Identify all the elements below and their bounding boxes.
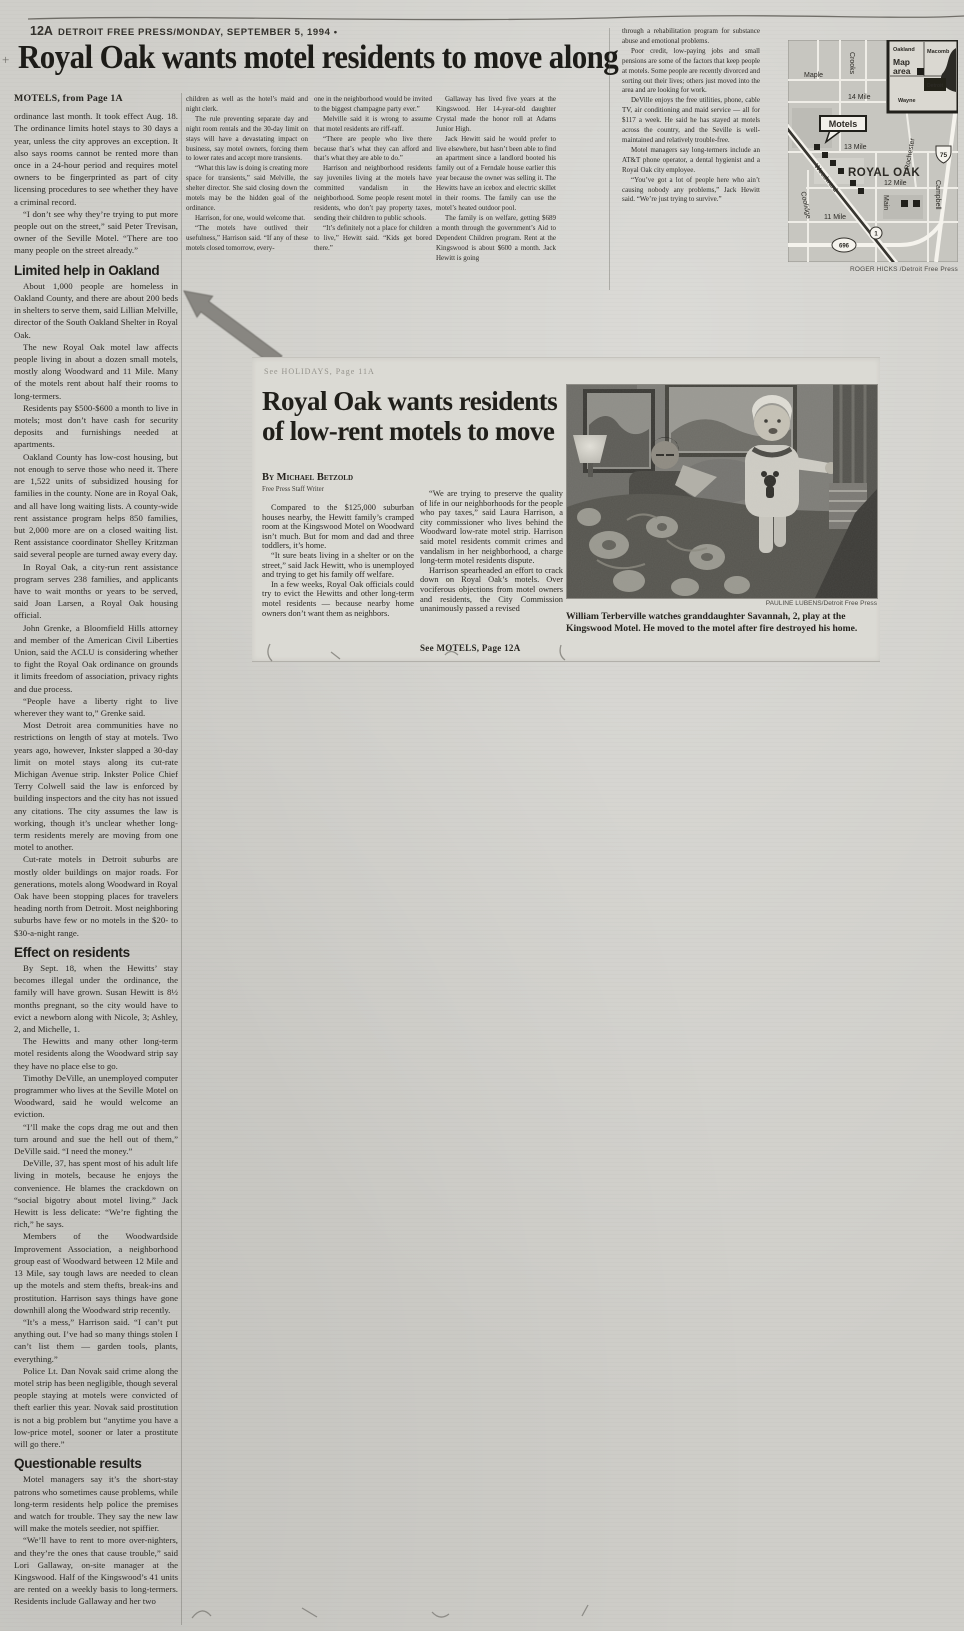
article-paragraph: The Hewitts and many other long-term mot… bbox=[14, 1035, 178, 1072]
masthead-date: DETROIT FREE PRESS/MONDAY, SEPTEMBER 5, … bbox=[58, 27, 338, 38]
article-paragraph: Most Detroit area communities have no re… bbox=[14, 719, 178, 853]
mile11-label: 11 Mile bbox=[824, 214, 846, 221]
motels-callout-label: Motels bbox=[829, 119, 858, 129]
article-paragraph: Motel managers say long-termers include … bbox=[622, 146, 760, 176]
mile14-label: 14 Mile bbox=[848, 94, 871, 101]
article-paragraph: “You’ve got a lot of people here who ain… bbox=[622, 176, 760, 206]
article1-column-1: MOTELS, from Page 1Aordinance last month… bbox=[14, 93, 178, 1627]
article1-column-4: Gallaway has lived five years at the Kin… bbox=[436, 95, 556, 329]
masthead: 12ADETROIT FREE PRESS/MONDAY, SEPTEMBER … bbox=[30, 24, 338, 38]
registration-mark: + bbox=[2, 52, 9, 68]
article-paragraph: By Sept. 18, when the Hewitts’ stay beco… bbox=[14, 962, 178, 1035]
campbell-label: Campbell bbox=[934, 180, 941, 210]
article-paragraph: In a few weeks, Royal Oak officials coul… bbox=[262, 580, 414, 618]
article2-headline-line2: of low-rent motels to move bbox=[262, 416, 554, 446]
article-paragraph: “I don’t see why they’re trying to put m… bbox=[14, 208, 178, 257]
article-paragraph: Timothy DeVille, an unemployed computer … bbox=[14, 1072, 178, 1121]
article-paragraph: DeVille, 37, has spent most of his adult… bbox=[14, 1157, 178, 1230]
article1-column-3: one in the neighborhood would be invited… bbox=[314, 95, 432, 313]
article-paragraph: through a rehabilitation program for sub… bbox=[622, 27, 760, 47]
article-paragraph: “People have a liberty right to live whe… bbox=[14, 695, 178, 719]
crooks-label: Crooks bbox=[848, 52, 855, 75]
svg-text:75: 75 bbox=[940, 152, 948, 159]
article2-column-2: “We are trying to preserve the quality o… bbox=[420, 489, 563, 637]
article-paragraph: Harrison, for one, would welcome that. bbox=[186, 214, 308, 224]
article-paragraph: “It sure beats living in a shelter or on… bbox=[262, 551, 414, 580]
article-paragraph: “We’ll have to rent to more over-nighter… bbox=[14, 1534, 178, 1607]
article-paragraph: DeVille enjoys the free utilities, phone… bbox=[622, 96, 760, 146]
article-paragraph: Members of the Woodwardside Improvement … bbox=[14, 1230, 178, 1315]
inset-county-wayne: Wayne bbox=[898, 98, 916, 104]
map-credit: ROGER HICKS /Detroit Free Press bbox=[788, 266, 958, 273]
mile12-label: 12 Mile bbox=[884, 180, 907, 187]
article-paragraph: “We are trying to preserve the quality o… bbox=[420, 489, 563, 566]
photo-credit: PAULINE LUBENS/Detroit Free Press bbox=[567, 600, 877, 607]
highway-shield-696: 696 bbox=[832, 238, 856, 252]
article-paragraph: “It’s definitely not a place for childre… bbox=[314, 224, 432, 254]
article-paragraph: In Royal Oak, a city-run rent assistance… bbox=[14, 561, 178, 622]
photo-illustration bbox=[567, 385, 877, 598]
article2-headline-line1: Royal Oak wants residents bbox=[262, 386, 557, 416]
article2-column-1: Compared to the $125,000 suburban houses… bbox=[262, 503, 414, 655]
article-paragraph: Gallaway has lived five years at the Kin… bbox=[436, 95, 556, 135]
article-paragraph: “There are people who live there because… bbox=[314, 135, 432, 165]
jump-arrow bbox=[178, 283, 283, 368]
inset-title-line2: area bbox=[893, 66, 911, 76]
article-paragraph: “What this law is doing is creating more… bbox=[186, 164, 308, 214]
article-paragraph: Police Lt. Dan Novak said crime along th… bbox=[14, 1365, 178, 1450]
edition-label: 12A bbox=[30, 24, 53, 38]
article-paragraph: children as well as the hotel’s maid and… bbox=[186, 95, 308, 115]
article1-column-2: children as well as the hotel’s maid and… bbox=[186, 95, 308, 307]
article-paragraph: Harrison spearheaded an effort to crack … bbox=[420, 566, 563, 614]
inset-county-oakland: Oakland bbox=[893, 47, 915, 53]
article-paragraph: “The motels have outlived their usefulne… bbox=[186, 224, 308, 254]
article2-jumpline: See MOTELS, Page 12A bbox=[420, 643, 521, 653]
article1-headline: Royal Oak wants motel residents to move … bbox=[18, 38, 698, 77]
section-subhead: Questionable results bbox=[14, 1458, 178, 1470]
article-paragraph: Harrison and neighborhood residents say … bbox=[314, 164, 432, 223]
article-paragraph: Compared to the $125,000 suburban houses… bbox=[262, 503, 414, 551]
article-paragraph: Jack Hewitt said he would prefer to live… bbox=[436, 135, 556, 214]
article-paragraph: The new Royal Oak motel law affects peop… bbox=[14, 341, 178, 402]
pencil-marks-bottom bbox=[170, 1596, 600, 1628]
article-paragraph: The rule preventing separate day and nig… bbox=[186, 115, 308, 165]
inset-city-detroit: Detroit bbox=[927, 83, 943, 89]
maple-label: Maple bbox=[804, 72, 823, 79]
article2-headline: Royal Oak wants residents of low-rent mo… bbox=[262, 386, 574, 446]
article-paragraph: About 1,000 people are homeless in Oakla… bbox=[14, 280, 178, 341]
article-paragraph: Residents pay $500-$600 a month to live … bbox=[14, 402, 178, 451]
article-paragraph: John Grenke, a Bloomfield Hills attorney… bbox=[14, 622, 178, 695]
map-inset: Oakland Macomb Map area Detroit Wayne bbox=[888, 40, 958, 112]
article2-byline-name: By Michael Betzold bbox=[262, 472, 353, 483]
article-paragraph: one in the neighborhood would be invited… bbox=[314, 95, 432, 115]
main-label: Main bbox=[882, 195, 889, 210]
article-paragraph: “I’ll make the cops drag me out and then… bbox=[14, 1121, 178, 1158]
section-subhead: Effect on residents bbox=[14, 947, 178, 959]
article-paragraph: “It’s a mess,” Harrison said. “I can’t p… bbox=[14, 1316, 178, 1365]
article-paragraph: Cut-rate motels in Detroit suburbs are m… bbox=[14, 853, 178, 938]
svg-text:696: 696 bbox=[839, 244, 850, 250]
article-paragraph: Motel managers say it’s the short-stay p… bbox=[14, 1473, 178, 1534]
article-paragraph: The family is on welfare, getting $689 a… bbox=[436, 214, 556, 264]
article-paragraph: Poor credit, low-paying jobs and small p… bbox=[622, 47, 760, 97]
locator-map: Motels ROYAL OAK Maple Crooks 14 Mile 13… bbox=[788, 40, 958, 262]
column-rule-2 bbox=[609, 28, 610, 290]
article-paragraph: Melville said it is wrong to assume that… bbox=[314, 115, 432, 135]
photo-caption: William Terberville watches granddaughte… bbox=[566, 611, 880, 635]
mile13-label: 13 Mile bbox=[844, 144, 867, 151]
article-paragraph: ordinance last month. It took effect Aug… bbox=[14, 110, 178, 208]
article1-column-5: through a rehabilitation program for sub… bbox=[622, 27, 760, 277]
inset-county-macomb: Macomb bbox=[927, 49, 950, 55]
article-paragraph: Oakland County has low-cost housing, but… bbox=[14, 451, 178, 561]
article2-byline-title: Free Press Staff Writer bbox=[262, 486, 324, 493]
continued-from-line: MOTELS, from Page 1A bbox=[14, 93, 178, 105]
section-subhead: Limited help in Oakland bbox=[14, 265, 178, 277]
highway-shield-1: 1 bbox=[870, 227, 882, 239]
newspaper-page: + 12ADETROIT FREE PRESS/MONDAY, SEPTEMBE… bbox=[0, 0, 964, 1631]
article2-overline: See HOLIDAYS, Page 11A bbox=[264, 367, 375, 376]
